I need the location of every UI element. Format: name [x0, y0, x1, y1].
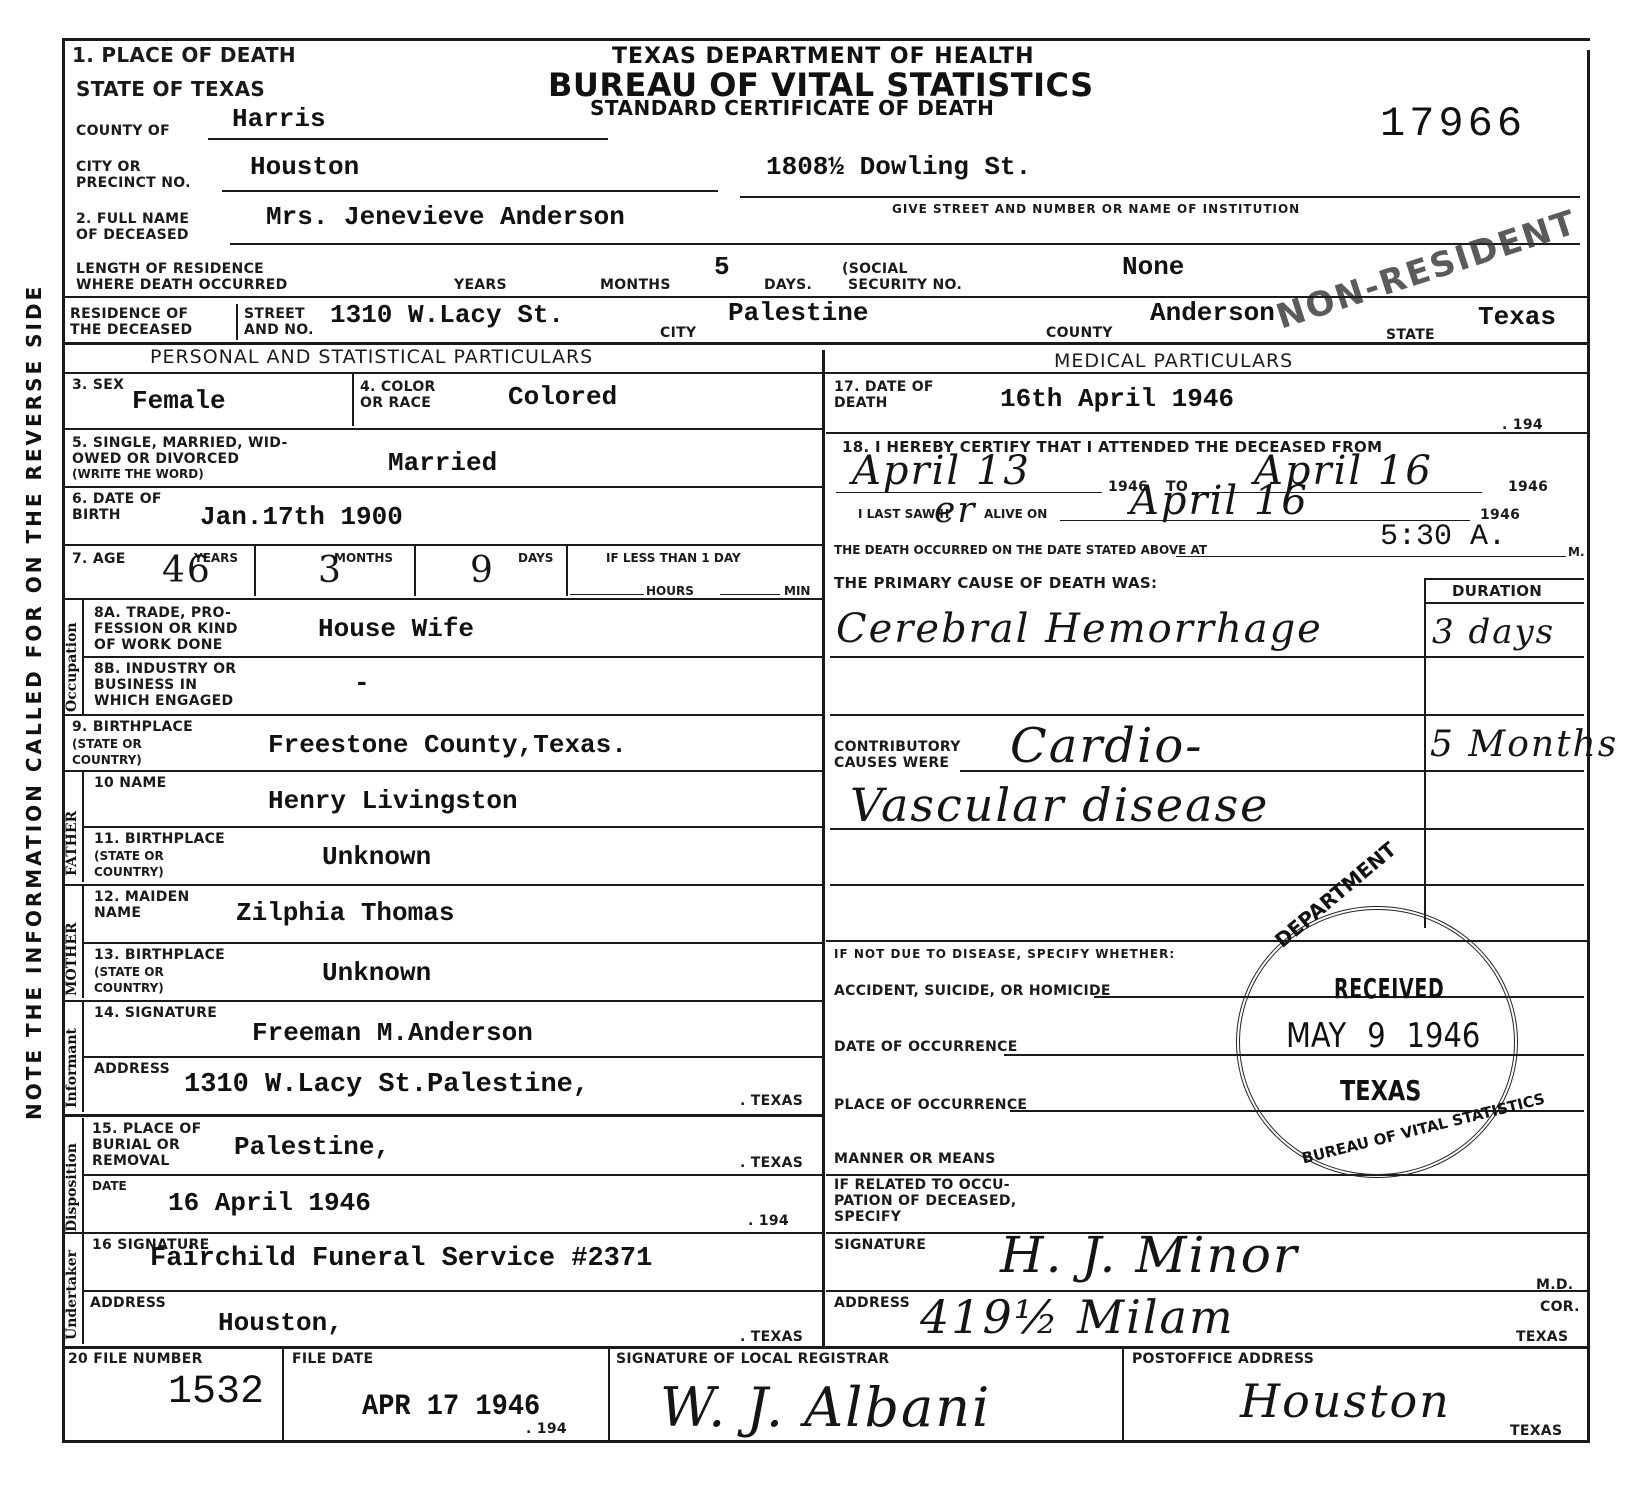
informant-texas: . TEXAS — [740, 1094, 803, 1109]
death-street-value: 1808½ Dowling St. — [766, 152, 1031, 182]
row12-underline — [82, 942, 822, 944]
postoffice-texas: TEXAS — [1510, 1424, 1562, 1439]
file-date-value: APR 17 1946 — [362, 1390, 540, 1424]
father-side-label: FATHER — [64, 811, 80, 876]
industry-value: - — [354, 668, 370, 698]
race-value: Colored — [508, 382, 617, 412]
marital-label-3: (WRITE THE WORD) — [72, 468, 204, 481]
father-birthplace-label-3: COUNTRY) — [94, 866, 164, 879]
marital-value: Married — [388, 448, 497, 478]
city-label-1: CITY OR — [76, 160, 141, 175]
alive-on-label: ALIVE ON — [984, 508, 1047, 521]
row14-underline — [82, 1056, 822, 1058]
residence-city-value: Palestine — [728, 298, 868, 328]
burial-texas: . TEXAS — [740, 1156, 803, 1171]
physician-address-value: 419½ Milam — [920, 1290, 1235, 1344]
industry-label-1: 8B. INDUSTRY OR — [94, 662, 236, 677]
sex-race-divider — [352, 374, 354, 426]
undertaker-value: Fairchild Funeral Service #2371 — [150, 1244, 652, 1274]
death-time-label: THE DEATH OCCURRED ON THE DATE STATED AB… — [834, 544, 1207, 557]
occurrence-date-label: DATE OF OCCURRENCE — [834, 1040, 1018, 1055]
birthplace-label-2: (STATE OR — [72, 738, 142, 751]
last-saw-pronoun: er — [934, 490, 977, 531]
mother-name-label-1: 12. MAIDEN — [94, 890, 190, 905]
undertaker-underline — [82, 1290, 822, 1292]
burial-underline — [82, 1174, 822, 1176]
age-divider-3 — [566, 546, 568, 596]
full-name-label-2: OF DECEASED — [76, 228, 189, 243]
dod-value: 16th April 1946 — [1000, 384, 1234, 414]
burial-label-1: 15. PLACE OF — [92, 1122, 201, 1137]
undertaker-side-label: Undertaker — [64, 1250, 80, 1340]
ssn-label-2: SECURITY NO. — [848, 278, 962, 293]
not-disease-label: IF NOT DUE TO DISEASE, SPECIFY WHETHER: — [834, 948, 1175, 961]
disposition-side-label: Disposition — [64, 1143, 80, 1232]
occurrence-place-label: PLACE OF OCCURRENCE — [834, 1098, 1027, 1113]
full-name-label-1: 2. FULL NAME — [76, 212, 189, 227]
days-label: DAYS. — [764, 278, 812, 293]
undertaker-divider — [82, 1234, 84, 1344]
contributory-cause-2-value: Vascular disease — [850, 778, 1269, 832]
occupation-related-label-2: PATION OF DECEASED, — [834, 1194, 1016, 1209]
trade-label-2: FESSION OR KIND — [94, 622, 238, 637]
months-label: MONTHS — [600, 278, 671, 293]
burial-date-year-suffix: . 194 — [748, 1214, 789, 1229]
less-than-day-label: IF LESS THAN 1 DAY — [606, 552, 741, 565]
dob-label-2: BIRTH — [72, 508, 121, 523]
county-underline — [208, 138, 608, 140]
ssn-label-1: (SOCIAL — [842, 262, 908, 277]
accident-label: ACCIDENT, SUICIDE, OR HOMICIDE — [834, 984, 1111, 999]
primary-cause-label: THE PRIMARY CAUSE OF DEATH WAS: — [834, 576, 1157, 591]
frame-top — [62, 38, 1590, 41]
certificate-number: 17966 — [1380, 100, 1526, 148]
industry-label-2: BUSINESS IN — [94, 678, 197, 693]
primary-cause-underline — [830, 656, 1584, 658]
county-label: COUNTY OF — [76, 124, 170, 139]
state-of-texas-label: STATE OF TEXAS — [76, 78, 265, 100]
birthplace-label-1: 9. BIRTHPLACE — [72, 720, 193, 735]
contributory-underline-3 — [830, 884, 1584, 886]
row13-underline — [62, 1000, 822, 1002]
trade-value: House Wife — [318, 614, 474, 644]
burial-date-underline — [62, 1232, 822, 1234]
file-number-label: 20 FILE NUMBER — [68, 1352, 203, 1367]
hours-label: HOURS — [646, 585, 694, 598]
min-underline — [720, 594, 780, 595]
stamp-place: TEXAS — [1340, 1074, 1421, 1107]
row5-underline — [62, 486, 822, 488]
file-date-label: FILE DATE — [292, 1352, 373, 1367]
father-birthplace-label-2: (STATE OR — [94, 850, 164, 863]
age-days-label: DAYS — [518, 552, 553, 565]
sex-label: 3. SEX — [72, 378, 124, 393]
informant-address-label: ADDRESS — [94, 1062, 170, 1077]
undertaker-texas: . TEXAS — [740, 1330, 803, 1345]
frame-bottom — [62, 1440, 1590, 1443]
birthplace-label-3: COUNTRY) — [72, 754, 142, 767]
residence-days-value: 5 — [714, 252, 730, 282]
father-birthplace-value: Unknown — [322, 842, 431, 872]
age-years-value: 46 — [162, 550, 212, 591]
dod-underline — [826, 432, 1588, 434]
informant-side-label: Informant — [64, 1028, 80, 1108]
mother-side-label: MOTHER — [64, 922, 80, 996]
undertaker-address-value: Houston, — [218, 1308, 343, 1338]
marital-label-2: OWED OR DIVORCED — [72, 452, 239, 467]
primary-cause-value: Cerebral Hemorrhage — [836, 606, 1323, 652]
personal-section-title: PERSONAL AND STATISTICAL PARTICULARS — [150, 350, 593, 365]
informant-label: 14. SIGNATURE — [94, 1006, 217, 1021]
hours-underline — [570, 594, 644, 595]
contributory-underline-2 — [830, 828, 1584, 830]
death-time-underline — [1176, 556, 1566, 557]
residence-street-label-1: STREET — [244, 307, 305, 322]
physician-address-label: ADDRESS — [834, 1296, 910, 1311]
father-name-label: 10 NAME — [94, 776, 167, 791]
burial-place-value: Palestine, — [234, 1132, 390, 1162]
contributory-duration-value: 5 Months — [1430, 724, 1618, 765]
medical-cause-block-bottom — [826, 940, 1588, 942]
full-name-underline — [230, 243, 1580, 245]
dod-year-suffix: . 194 — [1502, 418, 1543, 433]
dob-label-1: 6. DATE OF — [72, 492, 162, 507]
informant-address-value: 1310 W.Lacy St.Palestine, — [184, 1070, 589, 1100]
filing-divider-3 — [1122, 1348, 1124, 1440]
contributory-label-1: CONTRIBUTORY — [834, 740, 961, 755]
stamp-status: RECEIVED — [1334, 972, 1444, 1005]
filing-row-top — [62, 1346, 1588, 1349]
residence-divider — [236, 304, 238, 340]
age-divider-1 — [254, 546, 256, 596]
row10-underline — [82, 826, 822, 828]
father-name-value: Henry Livingston — [268, 786, 518, 816]
manner-underline — [826, 1174, 1588, 1176]
row9-underline — [62, 770, 822, 772]
occupation-related-label-1: IF RELATED TO OCCU- — [834, 1178, 1010, 1193]
birthplace-value: Freestone County,Texas. — [268, 730, 627, 760]
row11-underline — [62, 884, 822, 886]
residence-label-2: THE DECEASED — [70, 323, 192, 338]
informant-value: Freeman M.Anderson — [252, 1018, 533, 1048]
physician-signature-value: H. J. Minor — [1000, 1226, 1299, 1284]
burial-label-2: BURIAL OR — [92, 1138, 180, 1153]
dod-label-1: 17. DATE OF — [834, 380, 934, 395]
residence-length-label-1: LENGTH OF RESIDENCE — [76, 262, 264, 277]
row8a-underline — [82, 656, 822, 658]
duration-header-bottom — [1424, 602, 1584, 604]
informant-underline — [62, 1114, 822, 1117]
street-caption: GIVE STREET AND NUMBER OR NAME OF INSTIT… — [892, 203, 1300, 216]
race-label-1: 4. COLOR — [360, 380, 436, 395]
death-time-value: 5:30 A. — [1380, 520, 1506, 554]
registrar-label: SIGNATURE OF LOCAL REGISTRAR — [616, 1352, 889, 1367]
mother-birthplace-label-1: 13. BIRTHPLACE — [94, 948, 225, 963]
cor-label: COR. — [1540, 1300, 1580, 1315]
attended-to-year: 1946 — [1508, 480, 1548, 495]
residence-label-1: RESIDENCE OF — [70, 307, 188, 322]
trade-label-3: OF WORK DONE — [94, 638, 223, 653]
sex-value: Female — [132, 386, 226, 416]
filing-divider-2 — [608, 1348, 610, 1440]
industry-label-3: WHICH ENGAGED — [94, 694, 233, 709]
full-name-value: Mrs. Jenevieve Anderson — [266, 202, 625, 232]
race-label-2: OR RACE — [360, 396, 431, 411]
burial-date-label: DATE — [92, 1180, 127, 1193]
city-value: Houston — [250, 152, 359, 182]
years-label: YEARS — [454, 278, 507, 293]
father-birthplace-label-1: 11. BIRTHPLACE — [94, 832, 225, 847]
file-date-year-suffix: . 194 — [526, 1422, 567, 1437]
min-label: MIN — [784, 585, 810, 598]
burial-date-value: 16 April 1946 — [168, 1188, 371, 1218]
last-saw-date-value: April 16 — [1130, 478, 1309, 524]
filing-divider-1 — [282, 1348, 284, 1440]
age-label: 7. AGE — [72, 552, 126, 567]
row6-underline — [62, 544, 822, 546]
medical-section-title: MEDICAL PARTICULARS — [1054, 354, 1293, 369]
contributory-cause-1-value: Cardio- — [1010, 718, 1203, 774]
duration-column-left — [1424, 578, 1426, 928]
trade-label-1: 8A. TRADE, PRO- — [94, 606, 231, 621]
reverse-side-note: NOTE THE INFORMATION CALLED FOR ON THE R… — [22, 284, 46, 1120]
physician-texas-label: TEXAS — [1516, 1330, 1568, 1345]
primary-duration-value: 3 days — [1432, 612, 1555, 652]
mother-birthplace-label-2: (STATE OR — [94, 966, 164, 979]
contributory-label-2: CAUSES WERE — [834, 756, 949, 771]
mother-name-value: Zilphia Thomas — [236, 898, 454, 928]
residence-city-label: CITY — [660, 326, 696, 341]
residence-county-label: COUNTY — [1046, 326, 1113, 341]
city-label-2: PRECINCT NO. — [76, 176, 191, 191]
row7-underline — [62, 598, 822, 600]
undertaker-address-label: ADDRESS — [90, 1296, 166, 1311]
dob-value: Jan.17th 1900 — [200, 502, 403, 532]
residence-underline — [62, 342, 1588, 345]
dod-label-2: DEATH — [834, 396, 888, 411]
occupation-side-label: Occupation — [64, 622, 80, 712]
postoffice-label: POSTOFFICE ADDRESS — [1132, 1352, 1314, 1367]
row3-underline — [62, 428, 822, 430]
mother-birthplace-label-3: COUNTRY) — [94, 982, 164, 995]
age-divider-2 — [414, 546, 416, 596]
ssn-value: None — [1122, 252, 1184, 282]
duration-header-top — [1424, 578, 1584, 580]
m-suffix: M. — [1568, 546, 1585, 559]
residence-length-label-2: WHERE DEATH OCCURRED — [76, 278, 288, 293]
form-title: STANDARD CERTIFICATE OF DEATH — [590, 96, 994, 120]
primary-cause-underline-2 — [830, 714, 1584, 716]
burial-label-3: REMOVAL — [92, 1154, 170, 1169]
city-underline — [222, 190, 718, 192]
row8b-underline — [62, 714, 822, 716]
manner-label: MANNER OR MEANS — [834, 1152, 996, 1167]
stamp-date: MAY 9 1946 — [1286, 1016, 1480, 1056]
county-value: Harris — [232, 104, 326, 134]
section-title-underline — [62, 372, 1588, 374]
contributory-underline-1 — [960, 770, 1584, 772]
registrar-signature-value: W. J. Albani — [660, 1376, 991, 1439]
duration-label: DURATION — [1452, 584, 1542, 599]
residence-street-label-2: AND NO. — [244, 323, 314, 338]
marital-label-1: 5. SINGLE, MARRIED, WID- — [72, 436, 288, 451]
mother-name-label-2: NAME — [94, 906, 141, 921]
residence-street-value: 1310 W.Lacy St. — [330, 300, 564, 330]
age-days-value: 9 — [470, 550, 495, 591]
attended-from-value: April 13 — [852, 448, 1031, 494]
residence-county-value: Anderson — [1150, 298, 1275, 328]
postoffice-value: Houston — [1240, 1374, 1451, 1428]
street-underline — [740, 196, 1580, 198]
mother-birthplace-value: Unknown — [322, 958, 431, 988]
place-of-death-label: 1. PLACE OF DEATH — [72, 44, 296, 66]
file-number-value: 1532 — [168, 1370, 264, 1415]
center-divider — [822, 350, 825, 1346]
physician-signature-label: SIGNATURE — [834, 1238, 926, 1253]
age-months-value: 3 — [318, 550, 343, 591]
residence-state-value: Texas — [1478, 302, 1556, 332]
occupation-related-label-3: SPECIFY — [834, 1210, 901, 1225]
residence-state-label: STATE — [1386, 328, 1435, 343]
